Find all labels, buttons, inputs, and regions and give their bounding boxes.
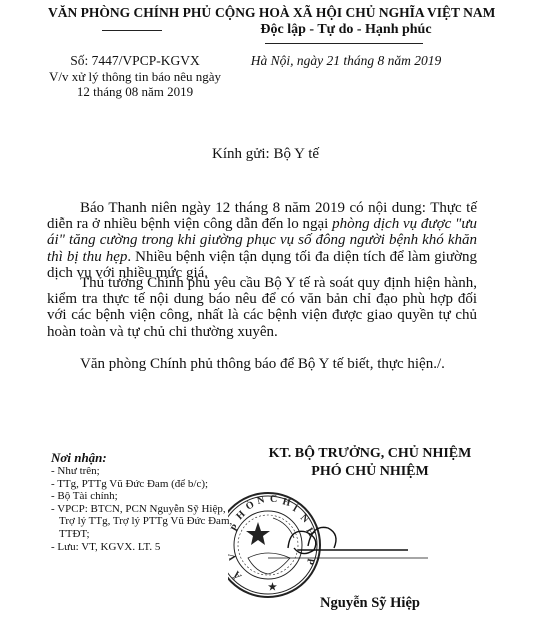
place-date: Hà Nội, ngày 21 tháng 8 năm 2019 [215,53,477,69]
svg-text:H: H [234,509,247,522]
recipients-block: Nơi nhận: - Như trên; - TTg, PTTg Vũ Đức… [51,450,232,553]
svg-text:C: C [270,494,277,505]
svg-text:Ò: Ò [244,498,257,512]
signature-title-2: PHÓ CHỦ NHIỆM [265,464,475,479]
official-seal-and-signature: P H Ò N C H Í N H P V Ă ★ [228,488,488,598]
p2-text: Thủ tướng Chính phủ yêu cầu Bộ Y tế rà s… [47,275,477,340]
signer-name: Nguyễn Sỹ Hiệp [265,596,475,611]
svg-text:Í: Í [291,502,300,514]
recipient-item: TTĐT; [51,528,232,541]
doc-number: Số: 7447/VPCP-KGVX [40,53,230,69]
recipient-item: - Bộ Tài chính; [51,490,232,503]
recipient-item: - VPCP: BTCN, PCN Nguyễn Sỹ Hiệp, [51,503,232,516]
agency-underline [102,30,162,31]
recipient-item: - Như trên; [51,465,232,478]
recipients-title: Nơi nhận: [51,450,232,465]
svg-text:P: P [229,523,242,534]
svg-text:★: ★ [268,582,277,593]
handwritten-signature-icon [268,527,428,558]
svg-text:Ă: Ă [230,568,244,582]
svg-text:P: P [304,557,316,565]
paragraph-1: Báo Thanh niên ngày 12 tháng 8 năm 2019 … [47,200,477,281]
svg-text:H: H [281,496,292,509]
subject-line-2: 12 tháng 08 năm 2019 [40,84,230,100]
signature-title-1: KT. BỘ TRƯỞNG, CHỦ NHIỆM [265,446,475,461]
paragraph-2: Thủ tướng Chính phủ yêu cầu Bộ Y tế rà s… [47,275,477,340]
country-name: CỘNG HOÀ XÃ HỘI CHỦ NGHĨA VIỆT NAM [215,5,477,21]
agency-name: VĂN PHÒNG CHÍNH PHỦ [48,5,211,21]
paragraph-3: Văn phòng Chính phủ thông báo để Bộ Y tế… [47,356,477,372]
recipient-item: Trợ lý TTg, Trợ lý PTTg Vũ Đức Đam, [51,515,232,528]
recipient-item: - Lưu: VT, KGVX. LT. 5 [51,541,232,554]
addressee: Kính gửi: Bộ Y tế [212,146,319,163]
subject-line-1: V/v xử lý thông tin báo nêu ngày [40,69,230,85]
svg-text:V: V [228,552,239,562]
recipient-item: - TTg, PTTg Vũ Đức Đam (để b/c); [51,478,232,491]
motto-underline [265,43,423,44]
national-motto: Độc lập - Tự do - Hạnh phúc [215,22,477,38]
p3-text: Văn phòng Chính phủ thông báo để Bộ Y tế… [80,356,445,372]
